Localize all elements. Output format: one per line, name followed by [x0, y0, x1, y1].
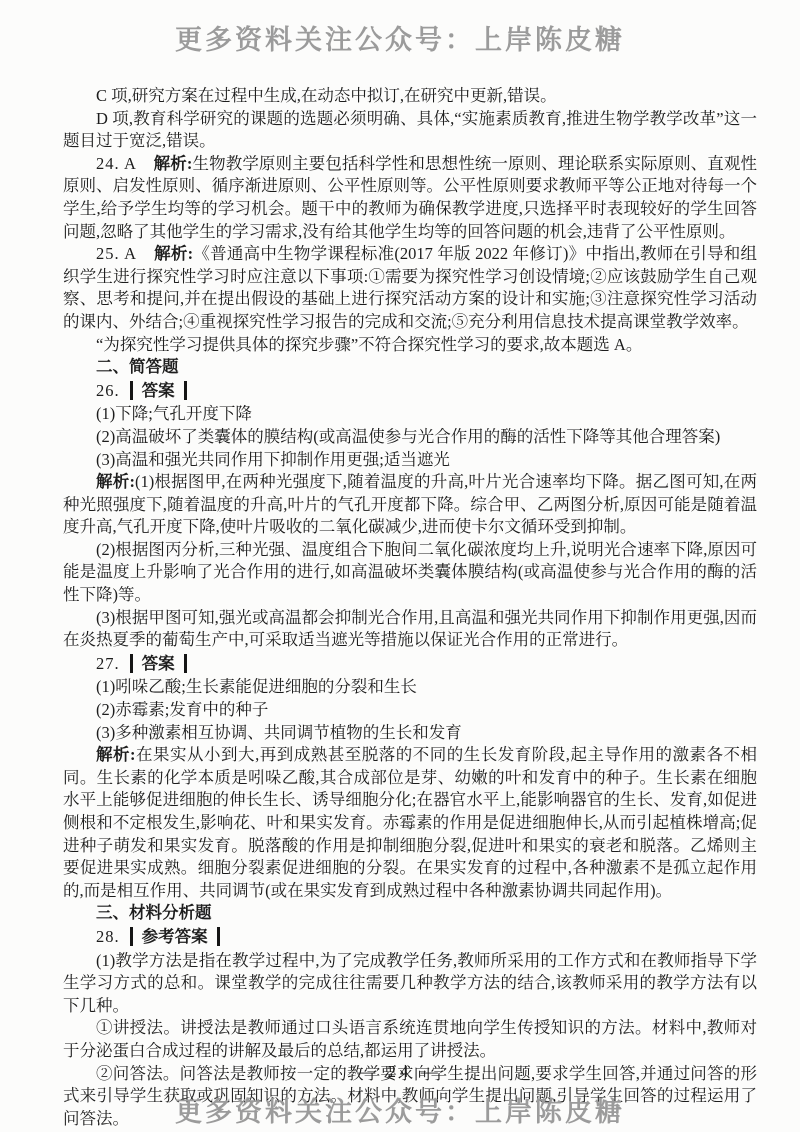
analysis-label: 解析:	[154, 154, 193, 173]
answer-label: 参考答案	[130, 927, 220, 946]
paragraph-text: (3)高温和强光共同作用下抑制作用更强;适当遮光	[96, 450, 450, 469]
section-heading: 二、简答题	[63, 356, 757, 379]
paragraph: 24. A 解析:生物教学原则主要包括科学性和思想性统一原则、理论联系实际原则、…	[63, 153, 757, 243]
paragraph: “为探究性学习提供具体的探究步骤”不符合探究性学习的要求,故本题选 A。	[63, 334, 757, 357]
paragraph-text: (1)下降;气孔开度下降	[96, 404, 252, 423]
analysis-label: 解析:	[96, 472, 135, 491]
paragraph: (1)吲哚乙酸;生长素能促进细胞的分裂和生长	[63, 676, 757, 699]
question-number: 27.	[96, 654, 120, 673]
paragraph-text: (2)高温破坏了类囊体的膜结构(或高温使参与光合作用的酶的活性下降等其他合理答案…	[96, 427, 720, 446]
analysis-label: 解析:	[154, 244, 193, 263]
paragraph: D 项,教育科学研究的课题的选题必须明确、具体,“实施素质教育,推进生物学教学改…	[63, 108, 757, 153]
section-heading: 三、材料分析题	[63, 902, 757, 925]
paragraph-text: C 项,研究方案在过程中生成,在动态中拟订,在研究中更新,错误。	[96, 86, 557, 105]
answer-label: 答案	[130, 654, 187, 673]
question-number: 24. A	[96, 154, 154, 173]
paragraph: (3)高温和强光共同作用下抑制作用更强;适当遮光	[63, 449, 757, 472]
question-number: 28.	[96, 927, 120, 946]
paragraph-text: (1)吲哚乙酸;生长素能促进细胞的分裂和生长	[96, 677, 417, 696]
paragraph-text: (1)根据图甲,在两种光强度下,随着温度的升高,叶片光合速率均下降。据乙图可知,…	[63, 472, 757, 536]
paragraph: (2)高温破坏了类囊体的膜结构(或高温使参与光合作用的酶的活性下降等其他合理答案…	[63, 426, 757, 449]
document-page: 更多资料关注公众号：上岸陈皮糖 C 项,研究方案在过程中生成,在动态中拟订,在研…	[0, 0, 800, 1132]
question-number: 26.	[96, 381, 120, 400]
paragraph-text: (3)多种激素相互协调、共同调节植物的生长和发育	[96, 723, 462, 742]
paragraph-text: (1)教学方法是指在教学过程中,为了完成教学任务,教师所采用的工作方式和在教师指…	[63, 951, 757, 1015]
paragraph: (2)根据图丙分析,三种光强、温度组合下胞间二氧化碳浓度均上升,说明光合速率下降…	[63, 539, 757, 607]
section-heading-text: 二、简答题	[96, 357, 179, 376]
answer-header: 27.答案	[63, 652, 757, 677]
paragraph: 解析:(1)根据图甲,在两种光强度下,随着温度的升高,叶片光合速率均下降。据乙图…	[63, 471, 757, 539]
answer-sheet-content: C 项,研究方案在过程中生成,在动态中拟订,在研究中更新,错误。D 项,教育科学…	[63, 85, 757, 1130]
paragraph-text: 在果实从小到大,再到成熟甚至脱落的不同的生长发育阶段,起主导作用的激素各不相同。…	[63, 745, 757, 900]
paragraph: ①讲授法。讲授法是教师通过口头语言系统连贯地向学生传授知识的方法。材料中,教师对…	[63, 1017, 757, 1062]
answer-header: 26.答案	[63, 379, 757, 404]
paragraph-text: (2)根据图丙分析,三种光强、温度组合下胞间二氧化碳浓度均上升,说明光合速率下降…	[63, 540, 757, 604]
page-number: — 24 —	[0, 1062, 800, 1082]
paragraph: (2)赤霉素;发育中的种子	[63, 699, 757, 722]
paragraph: (3)根据甲图可知,强光或高温都会抑制光合作用,且高温和强光共同作用下抑制作用更…	[63, 607, 757, 652]
section-heading-text: 三、材料分析题	[96, 903, 212, 922]
paragraph: 解析:在果实从小到大,再到成熟甚至脱落的不同的生长发育阶段,起主导作用的激素各不…	[63, 744, 757, 902]
analysis-label: 解析:	[96, 745, 136, 764]
paragraph-text: ①讲授法。讲授法是教师通过口头语言系统连贯地向学生传授知识的方法。材料中,教师对…	[63, 1018, 757, 1060]
paragraph-text: D 项,教育科学研究的课题的选题必须明确、具体,“实施素质教育,推进生物学教学改…	[63, 109, 757, 151]
header-watermark: 更多资料关注公众号：上岸陈皮糖	[0, 18, 800, 57]
footer-watermark: 更多资料关注公众号：上岸陈皮糖	[0, 1090, 800, 1129]
paragraph: 25. A 解析:《普通高中生物学课程标准(2017 年版 2022 年修订)》…	[63, 243, 757, 333]
answer-header: 28.参考答案	[63, 925, 757, 950]
paragraph: (1)教学方法是指在教学过程中,为了完成教学任务,教师所采用的工作方式和在教师指…	[63, 950, 757, 1018]
paragraph: (1)下降;气孔开度下降	[63, 403, 757, 426]
paragraph-text: (3)根据甲图可知,强光或高温都会抑制光合作用,且高温和强光共同作用下抑制作用更…	[63, 608, 757, 650]
paragraph-text: “为探究性学习提供具体的探究步骤”不符合探究性学习的要求,故本题选 A。	[96, 335, 642, 354]
paragraph: (3)多种激素相互协调、共同调节植物的生长和发育	[63, 722, 757, 745]
answer-label: 答案	[130, 381, 187, 400]
paragraph: C 项,研究方案在过程中生成,在动态中拟订,在研究中更新,错误。	[63, 85, 757, 108]
paragraph-text: (2)赤霉素;发育中的种子	[96, 700, 268, 719]
question-number: 25. A	[96, 244, 154, 263]
